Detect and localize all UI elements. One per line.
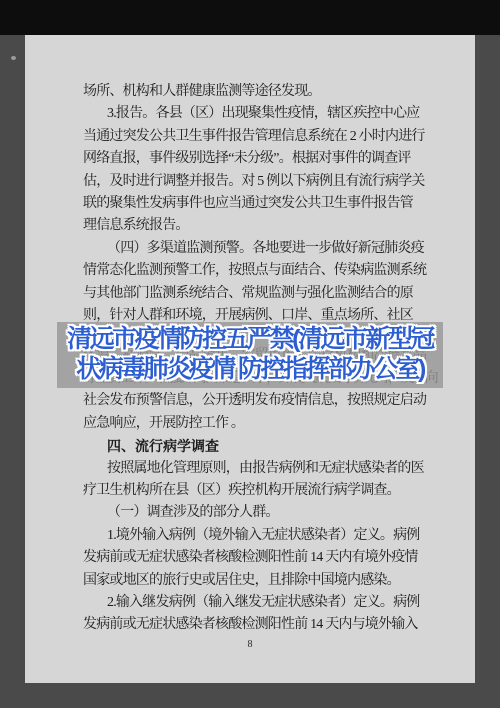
document-line: 网络直报，事件级别选择“未分级”。根据对事件的调查评	[83, 148, 421, 170]
document-line: 估，及时进行调整并报告。对 5 例以下病例且有流行病学关	[83, 171, 421, 193]
headline-line-2: 状病毒肺炎疫情 防控指挥部办公室)	[57, 354, 443, 384]
document-page: 场所、机构和人群健康监测等途径发现。3.报告。各县（区）出现聚集性疫情，辖区疾控…	[25, 35, 475, 683]
document-line: （一）调查涉及的部分人群。	[83, 502, 421, 524]
document-line: 联的聚集性发病事件也应当通过突发公共卫生事件报告管	[83, 193, 421, 215]
document-line: 场所、机构和人群健康监测等途径发现。	[83, 81, 421, 103]
page-number: 8	[25, 639, 475, 650]
document-line: 发病前或无症状感染者核酸检测阳性前 14 天内有境外疫情	[83, 547, 421, 569]
screenshot-frame: 场所、机构和人群健康监测等途径发现。3.报告。各县（区）出现聚集性疫情，辖区疾控…	[0, 0, 500, 708]
document-line: 疗卫生机构所在县（区）疾控机构开展流行病学调查。	[83, 480, 421, 502]
document-line: 应急响应，开展防控工作 。	[83, 413, 421, 435]
document-line: 发病前或无症状感染者核酸检测阳性前 14 天内与境外输入	[83, 614, 421, 636]
document-line: 理信息系统报告。	[83, 215, 421, 237]
document-line: 与其他部门监测系统结合、常规监测与强化监测结合的原	[83, 283, 421, 305]
scan-artifact-dot	[11, 56, 16, 60]
document-line: 社会发布预警信息，公开透明发布疫情信息，按照规定启动	[83, 390, 421, 412]
document-line: 1.境外输入病例（境外输入无症状感染者）定义。病例	[83, 525, 421, 547]
document-line: （四）多渠道监测预警。各地要进一步做好新冠肺炎疫	[83, 238, 421, 260]
document-line: 当通过突发公共卫生事件报告管理信息系统在 2 小时内进行	[83, 126, 421, 148]
document-line: 四、流行病学调查	[83, 435, 421, 457]
document-line: 情常态化监测预警工作，按照点与面结合、传染病监测系统	[83, 260, 421, 282]
top-letterbox-bar	[0, 0, 500, 35]
headline-line-1: 清远市疫情防控五严禁(清远市新型冠	[57, 324, 443, 354]
headline-overlay-band: 清远市疫情防控五严禁(清远市新型冠 状病毒肺炎疫情 防控指挥部办公室)	[57, 322, 443, 388]
document-line: 按照属地化管理原则，由报告病例和无症状感染者的医	[83, 458, 421, 480]
document-line: 3.报告。各县（区）出现聚集性疫情，辖区疾控中心应	[83, 103, 421, 125]
document-line: 国家或地区的旅行史或居住史，且排除中国境内感染。	[83, 570, 421, 592]
document-line: 2.输入继发病例（输入继发无症状感染者）定义。病例	[83, 592, 421, 614]
